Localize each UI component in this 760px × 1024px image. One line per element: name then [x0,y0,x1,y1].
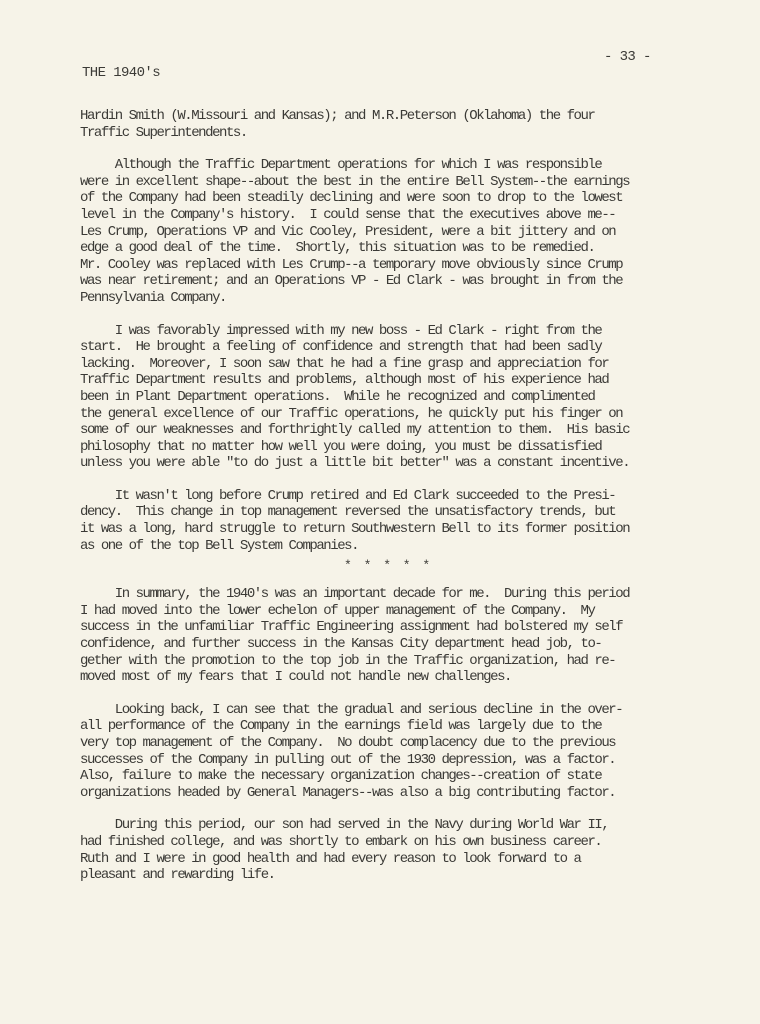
text-line: of the Company had been steadily declini… [80,190,760,207]
text-line: it was a long, hard struggle to return S… [80,521,760,538]
text-line: the general excellence of our Traffic op… [80,406,760,423]
text-line: Mr. Cooley was replaced with Les Crump--… [80,257,760,274]
chapter-title: THE 1940's [82,65,160,81]
text-line: was near retirement; and an Operations V… [80,273,760,290]
text-line: Ruth and I were in good health and had e… [80,851,760,868]
text-line: moved most of my fears that I could not … [80,669,760,686]
text-line: During this period, our son had served i… [80,817,760,834]
paragraph: It wasn't long before Crump retired and … [80,488,760,554]
paragraphs-before-separator: Hardin Smith (W.Missouri and Kansas); an… [80,108,760,554]
text-line: very top management of the Company. No d… [80,735,760,752]
page-number: - 33 - [604,49,651,65]
text-line: were in excellent shape--about the best … [80,174,760,191]
text-line: confidence, and further success in the K… [80,636,760,653]
text-line: organizations headed by General Managers… [80,785,760,802]
text-line: been in Plant Department operations. Whi… [80,389,760,406]
text-line: philosophy that no matter how well you w… [80,439,760,456]
section-separator: * * * * * [344,558,760,574]
body-text: Hardin Smith (W.Missouri and Kansas); an… [80,108,760,900]
text-line: as one of the top Bell System Companies. [80,538,760,555]
text-line: Pennsylvania Company. [80,290,760,307]
text-line: lacking. Moreover, I soon saw that he ha… [80,356,760,373]
text-line: Also, failure to make the necessary orga… [80,768,760,785]
text-line: unless you were able "to do just a littl… [80,455,760,472]
paragraph: Looking back, I can see that the gradual… [80,702,760,802]
paragraph: In summary, the 1940's was an important … [80,586,760,686]
text-line: all performance of the Company in the ea… [80,718,760,735]
text-line: Traffic Department results and problems,… [80,372,760,389]
text-line: Looking back, I can see that the gradual… [80,702,760,719]
paragraph: I was favorably impressed with my new bo… [80,323,760,472]
text-line: some of our weaknesses and forthrightly … [80,422,760,439]
text-line: success in the unfamiliar Traffic Engine… [80,619,760,636]
text-line: start. He brought a feeling of confidenc… [80,339,760,356]
text-line: I had moved into the lower echelon of up… [80,603,760,620]
paragraph: During this period, our son had served i… [80,817,760,883]
text-line: edge a good deal of the time. Shortly, t… [80,240,760,257]
paragraphs-after-separator: In summary, the 1940's was an important … [80,586,760,884]
text-line: Les Crump, Operations VP and Vic Cooley,… [80,224,760,241]
text-line: successes of the Company in pulling out … [80,752,760,769]
text-line: level in the Company's history. I could … [80,207,760,224]
text-line: I was favorably impressed with my new bo… [80,323,760,340]
text-line: dency. This change in top management rev… [80,504,760,521]
text-line: Traffic Superintendents. [80,125,760,142]
text-line: Although the Traffic Department operatio… [80,157,760,174]
paragraph: Although the Traffic Department operatio… [80,157,760,306]
text-line: gether with the promotion to the top job… [80,653,760,670]
paragraph: Hardin Smith (W.Missouri and Kansas); an… [80,108,760,141]
text-line: pleasant and rewarding life. [80,867,760,884]
text-line: In summary, the 1940's was an important … [80,586,760,603]
text-line: had finished college, and was shortly to… [80,834,760,851]
text-line: It wasn't long before Crump retired and … [80,488,760,505]
text-line: Hardin Smith (W.Missouri and Kansas); an… [80,108,760,125]
document-page: - 33 - THE 1940's Hardin Smith (W.Missou… [0,0,760,1024]
